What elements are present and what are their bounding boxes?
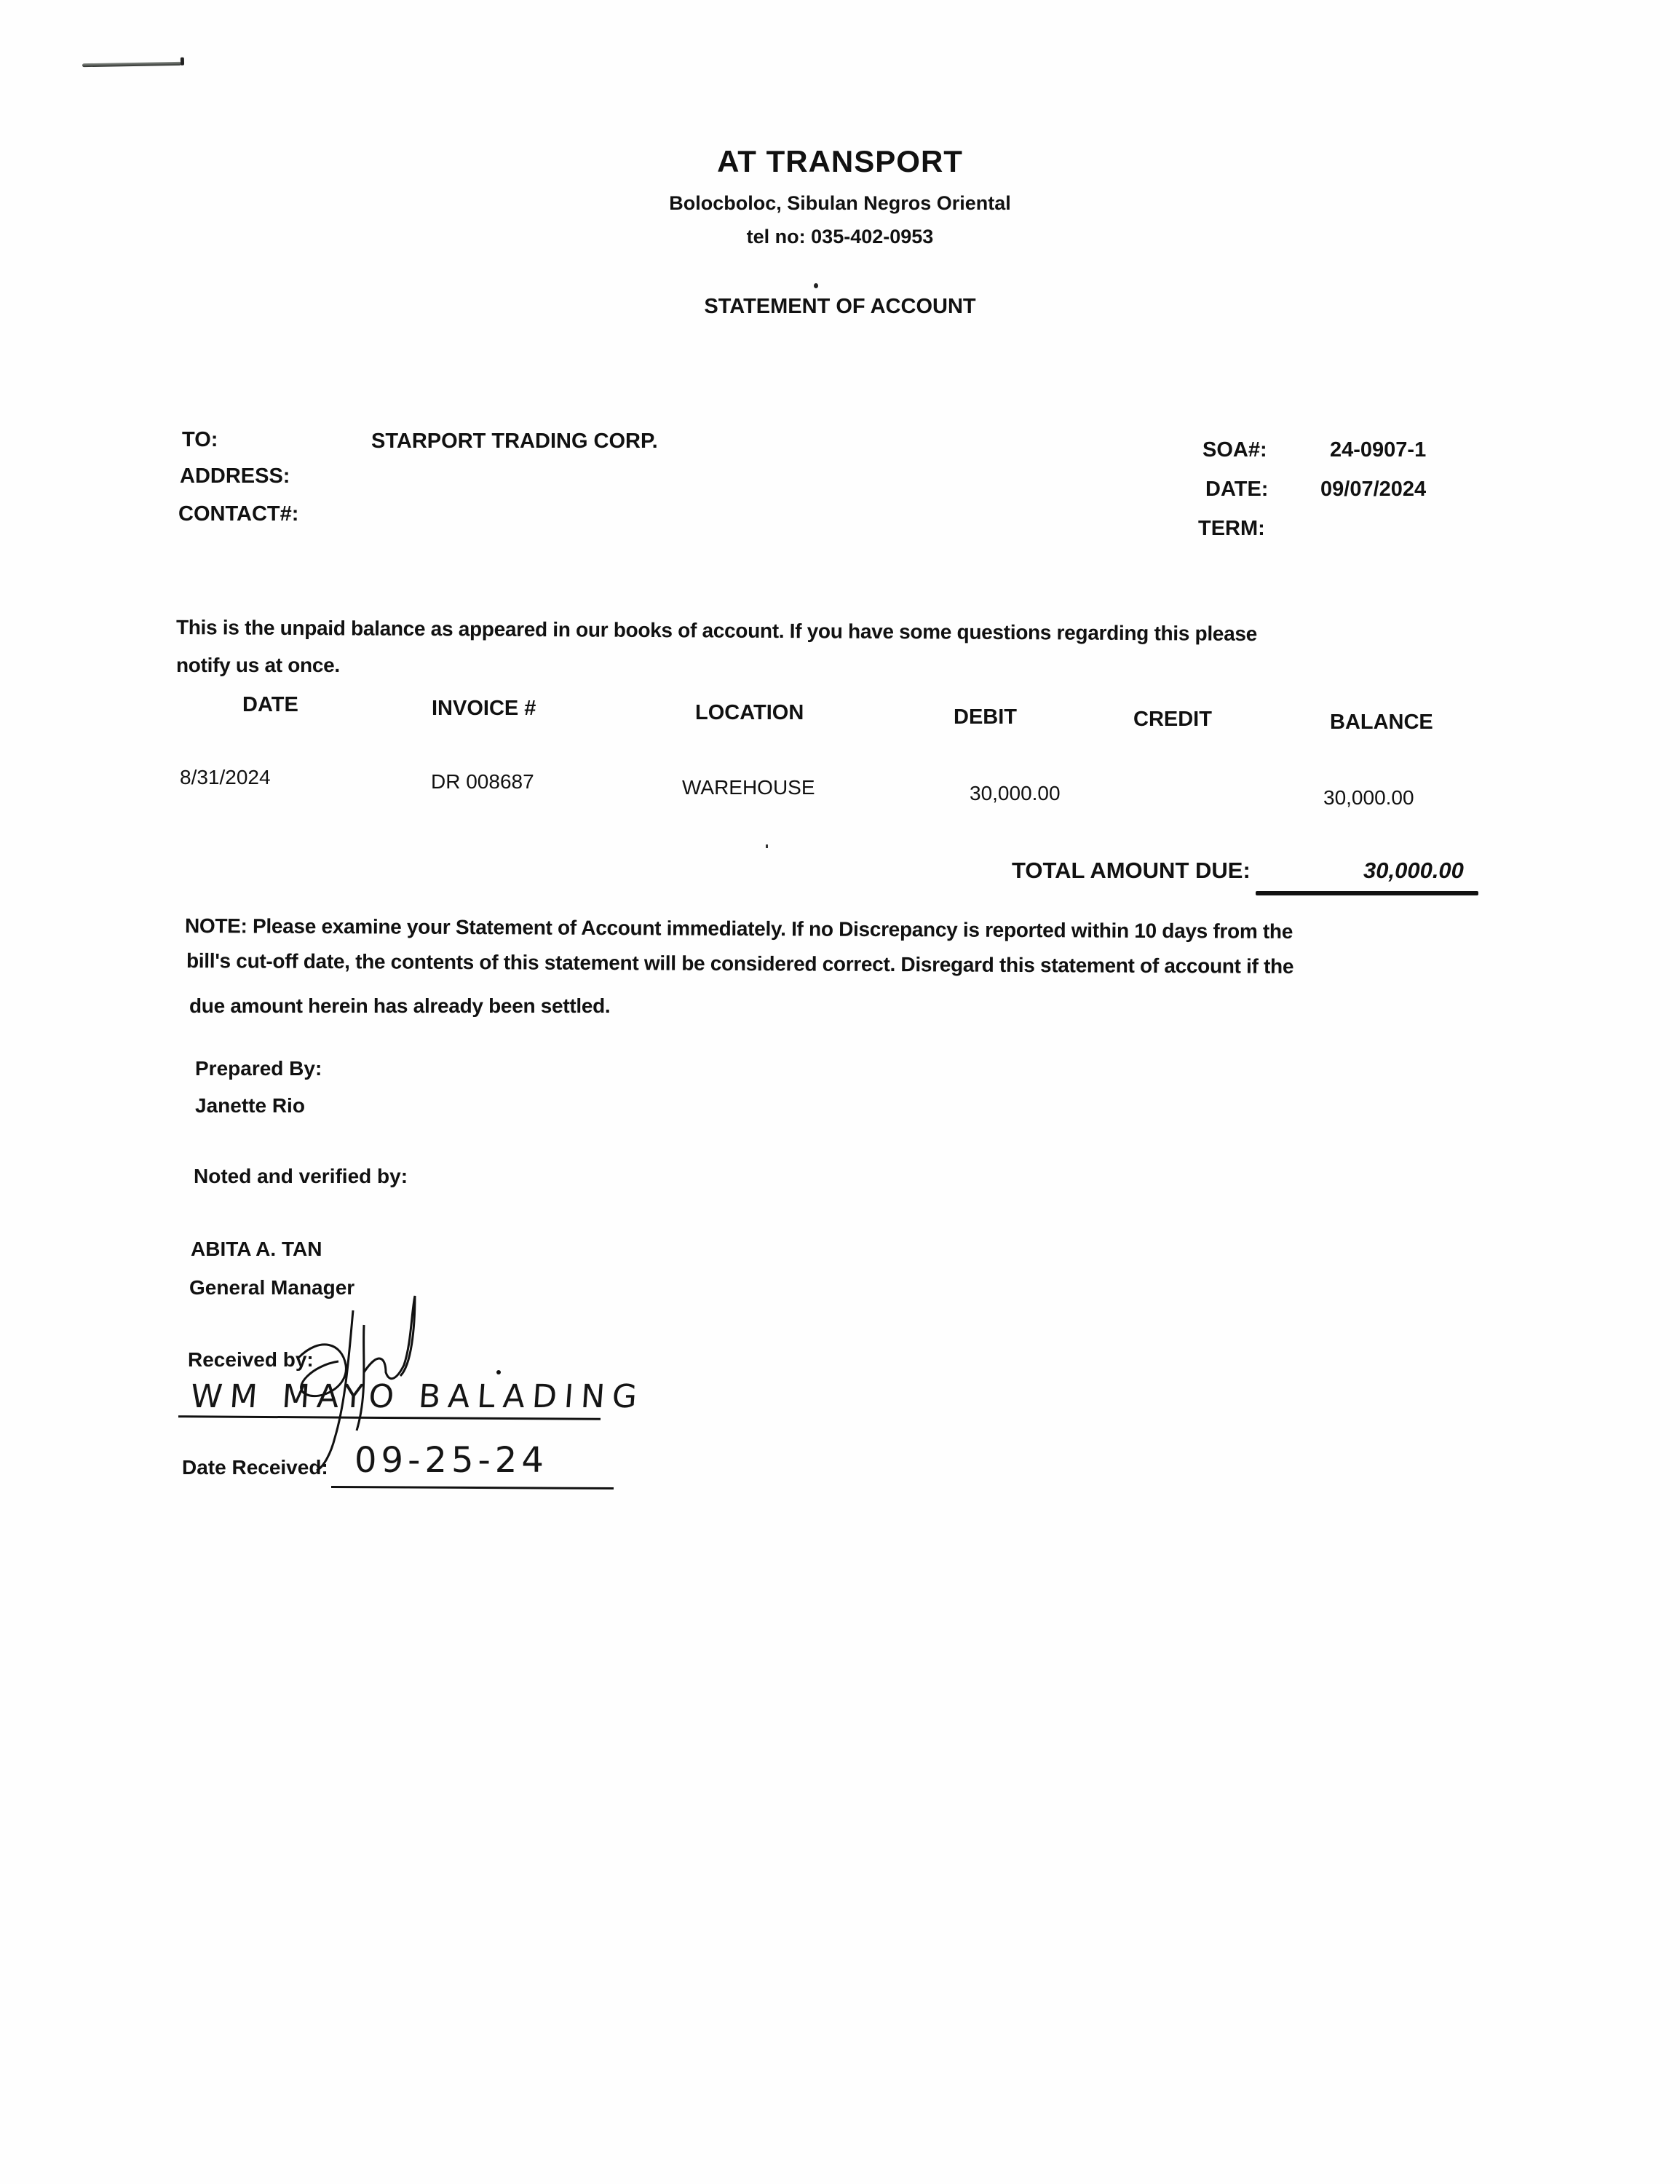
company-name: AT TRANSPORT — [0, 144, 1680, 179]
document-title: STATEMENT OF ACCOUNT — [0, 295, 1680, 319]
noted-by-name: ABITA A. TAN — [191, 1238, 322, 1261]
soa-value: 24-0907-1 — [1330, 438, 1426, 462]
total-underline — [1256, 891, 1478, 895]
header-debit: DEBIT — [954, 705, 1017, 729]
header-invoice: INVOICE # — [432, 697, 536, 721]
prepared-by-label: Prepared By: — [195, 1057, 322, 1080]
total-label: TOTAL AMOUNT DUE: — [1012, 858, 1251, 884]
note-line-2: bill's cut-off date, the contents of thi… — [186, 949, 1293, 978]
noted-by-label: Noted and verified by: — [194, 1165, 408, 1188]
to-label: TO: — [182, 428, 218, 452]
row-invoice: DR 008687 — [431, 770, 534, 794]
note-line-3: due amount herein has already been settl… — [189, 994, 610, 1018]
company-address: Bolocboloc, Sibulan Negros Oriental — [0, 192, 1680, 215]
total-value: 30,000.00 — [1363, 858, 1464, 884]
date-received-handwritten: 09-25-24 — [354, 1440, 548, 1481]
intro-line-1: This is the unpaid balance as appeared i… — [176, 616, 1257, 646]
staple-mark — [82, 62, 181, 67]
header-balance: BALANCE — [1330, 711, 1433, 735]
company-tel: tel no: 035-402-0953 — [0, 226, 1680, 248]
date-value: 09/07/2024 — [1320, 478, 1426, 502]
to-value: STARPORT TRADING CORP. — [371, 430, 658, 454]
ink-dot — [814, 283, 818, 288]
date-label: DATE: — [1205, 478, 1268, 502]
intro-line-2: notify us at once. — [176, 654, 340, 677]
header-location: LOCATION — [695, 701, 804, 725]
ink-speck — [766, 844, 768, 848]
row-debit: 30,000.00 — [970, 782, 1061, 805]
date-received-label: Date Received: — [182, 1456, 328, 1479]
header-date: DATE — [242, 693, 298, 717]
prepared-by-name: Janette Rio — [195, 1094, 305, 1117]
row-balance: 30,000.00 — [1323, 786, 1414, 810]
soa-label: SOA#: — [1202, 438, 1267, 462]
header-credit: CREDIT — [1133, 708, 1212, 732]
address-label: ADDRESS: — [180, 464, 290, 488]
note-line-1: NOTE: Please examine your Statement of A… — [185, 914, 1293, 943]
contact-label: CONTACT#: — [178, 502, 298, 526]
row-location: WAREHOUSE — [682, 776, 815, 799]
term-label: TERM: — [1198, 517, 1265, 541]
row-date: 8/31/2024 — [180, 766, 271, 789]
